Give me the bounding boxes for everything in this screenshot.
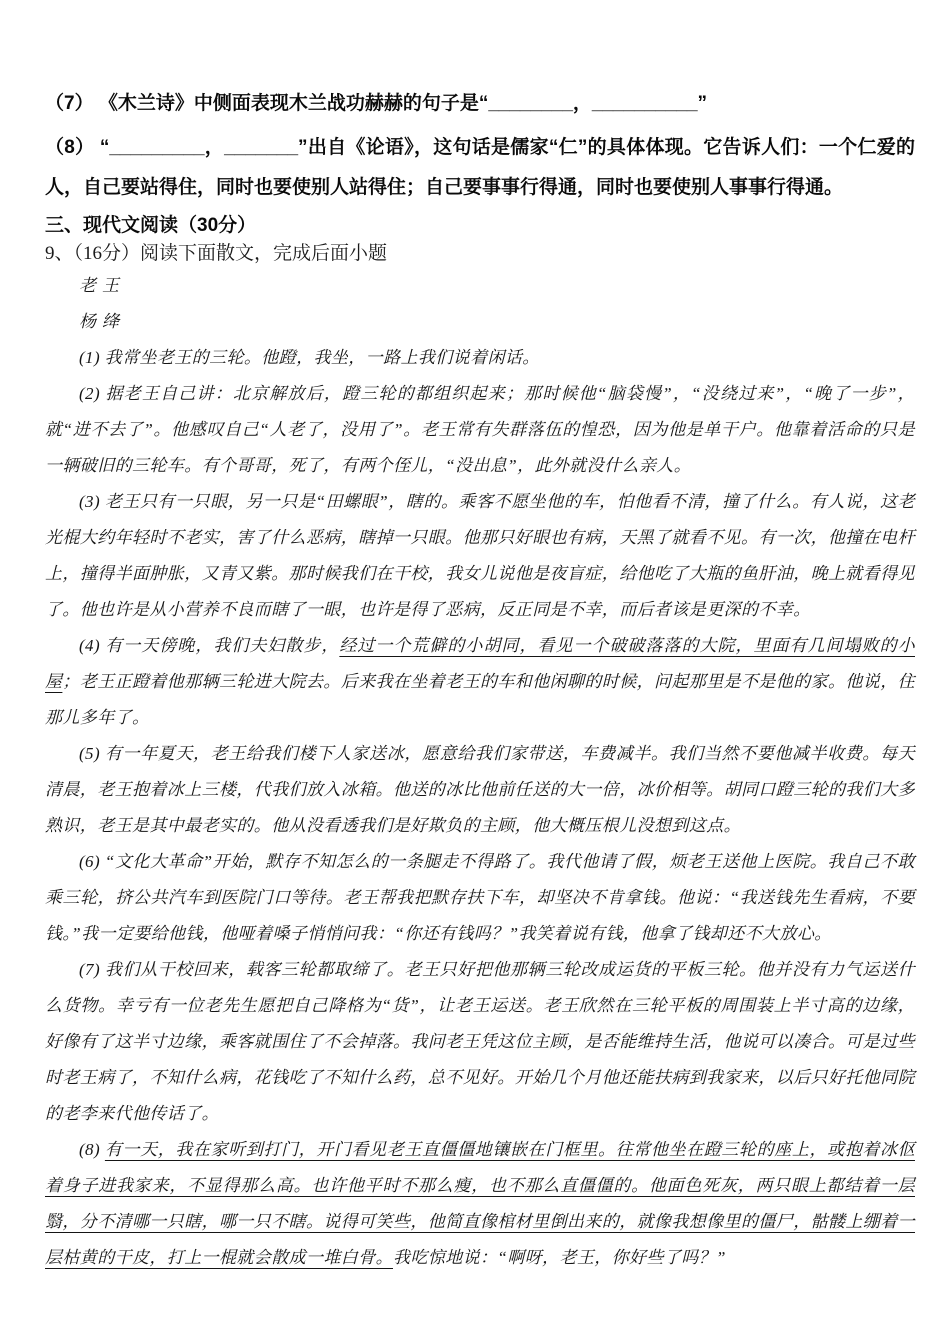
paragraph-text: 我吃惊地说：“啊呀，老王，你好些了吗？” xyxy=(393,1248,726,1267)
paragraph-text: (8) xyxy=(79,1140,105,1159)
paragraph-text: (4) 有一天傍晚，我们夫妇散步， xyxy=(79,636,339,655)
essay-paragraphs: (1) 我常坐老王的三轮。他蹬，我坐，一路上我们说着闲话。(2) 据老王自己讲：… xyxy=(45,340,915,1276)
paragraph-text: (1) 我常坐老王的三轮。他蹬，我坐，一路上我们说着闲话。 xyxy=(79,348,540,367)
essay-paragraph-5: (5) 有一年夏天，老王给我们楼下人家送冰，愿意给我们家带送，车费减半。我们当然… xyxy=(45,736,915,844)
paragraph-text: (3) 老王只有一只眼，另一只是“田螺眼”，瞎的。乘客不愿坐他的车，怕他看不清，… xyxy=(45,492,915,619)
exam-document-page: （7） 《木兰诗》中侧面表现木兰战功赫赫的句子是“________，______… xyxy=(0,0,950,1344)
paragraph-text: (6) “文化大革命”开始，默存不知怎么的一条腿走不得路了。我代他请了假，烦老王… xyxy=(45,852,915,943)
essay-paragraph-1: (1) 我常坐老王的三轮。他蹬，我坐，一路上我们说着闲话。 xyxy=(45,340,915,376)
fill-in-item-8: （8） “_________，_______”出自《论语》，这句话是儒家“仁”的… xyxy=(45,128,915,208)
essay-paragraph-3: (3) 老王只有一只眼，另一只是“田螺眼”，瞎的。乘客不愿坐他的车，怕他看不清，… xyxy=(45,484,915,628)
paragraph-text: (5) 有一年夏天，老王给我们楼下人家送冰，愿意给我们家带送，车费减半。我们当然… xyxy=(45,744,915,835)
paragraph-text: (2) 据老王自己讲：北京解放后，蹬三轮的都组织起来；那时候他“脑袋慢”，“没绕… xyxy=(45,384,915,475)
paragraph-text: ；老王正蹬着他那辆三轮进大院去。后来我在坐着老王的车和他闲聊的时候，问起那里是不… xyxy=(45,672,915,727)
question-9-intro: 9、（16分）阅读下面散文，完成后面小题 xyxy=(45,240,915,268)
essay-title: 老王 xyxy=(45,268,915,304)
section-heading-modern-reading: 三、现代文阅读（30分） xyxy=(45,212,915,240)
fill-in-section: （7） 《木兰诗》中侧面表现木兰战功赫赫的句子是“________，______… xyxy=(45,84,915,208)
essay: 老王 杨绛 (1) 我常坐老王的三轮。他蹬，我坐，一路上我们说着闲话。(2) 据… xyxy=(45,268,915,1276)
paragraph-text: (7) 我们从干校回来，载客三轮都取缔了。老王只好把他那辆三轮改成运货的平板三轮… xyxy=(45,960,915,1123)
essay-paragraph-7: (7) 我们从干校回来，载客三轮都取缔了。老王只好把他那辆三轮改成运货的平板三轮… xyxy=(45,952,915,1132)
fill-in-item-7: （7） 《木兰诗》中侧面表现木兰战功赫赫的句子是“________，______… xyxy=(45,84,915,124)
essay-author: 杨绛 xyxy=(45,304,915,340)
essay-paragraph-6: (6) “文化大革命”开始，默存不知怎么的一条腿走不得路了。我代他请了假，烦老王… xyxy=(45,844,915,952)
essay-paragraph-4: (4) 有一天傍晚，我们夫妇散步，经过一个荒僻的小胡同，看见一个破破落落的大院，… xyxy=(45,628,915,736)
essay-paragraph-2: (2) 据老王自己讲：北京解放后，蹬三轮的都组织起来；那时候他“脑袋慢”，“没绕… xyxy=(45,376,915,484)
essay-paragraph-8: (8) 有一天，我在家听到打门，开门看见老王直僵僵地镶嵌在门框里。往常他坐在蹬三… xyxy=(45,1132,915,1276)
